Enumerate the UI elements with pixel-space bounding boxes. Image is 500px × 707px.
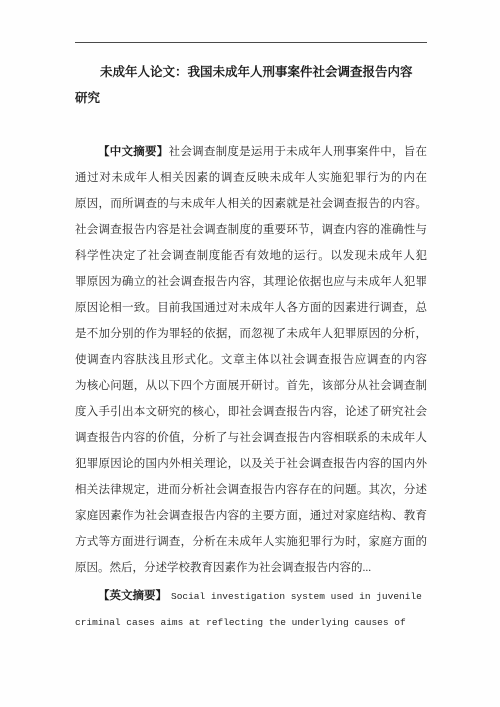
abstract-zh-line: 是不加分别的作为罪轻的依据，而忽视了未成年人犯罪原因的分析，: [75, 321, 427, 347]
abstract-zh-line: 使调查内容肤浅且形式化。文章主体以社会调查报告应调查的内容: [75, 347, 427, 373]
document-page: 未成年人论文：我国未成年人刑事案件社会调查报告内容 研究 【中文摘要】社会调查制…: [0, 0, 500, 707]
abstract-zh-line: 为核心问题，从以下四个方面展开研讨。首先，该部分从社会调查制: [75, 373, 427, 399]
abstract-zh-line: 方式等方面进行调查，分析在未成年人实施犯罪行为时，家庭方面的: [75, 529, 427, 555]
abstract-zh-line: 【中文摘要】社会调查制度是运用于未成年人刑事案件中，旨在: [75, 139, 427, 165]
abstract-zh-line: 罪原因为确立的社会调查报告内容，其理论依据也应与未成年人犯罪: [75, 269, 427, 295]
abstract-zh-line: 社会调查报告内容是社会调查制度的重要环节，调查内容的准确性与: [75, 217, 427, 243]
paper-title-line-2: 研究: [75, 85, 427, 111]
abstract-zh-line: 原因。然后，分述学校教育因素作为社会调查报告内容的...: [75, 555, 427, 581]
top-divider: [75, 42, 427, 43]
abstract-en-text: Social investigation system used in juve…: [171, 591, 422, 602]
abstract-zh-line: 通过对未成年人相关因素的调查反映未成年人实施犯罪行为的内在: [75, 165, 427, 191]
paper-title-line-1: 未成年人论文：我国未成年人刑事案件社会调查报告内容: [75, 59, 427, 85]
abstract-zh-line: 原因，而所调查的与未成年人相关的因素就是社会调查报告的内容。: [75, 191, 427, 217]
abstract-zh-line: 相关法律规定，进而分析社会调查报告内容存在的问题。其次，分述: [75, 477, 427, 503]
abstract-zh-label: 【中文摘要】: [98, 146, 169, 158]
abstract-zh-line: 科学性决定了社会调查制度能否有效地的运行。以发现未成年人犯: [75, 243, 427, 269]
abstract-zh-line: 原因论相一致。目前我国通过对未成年人各方面的因素进行调查，总: [75, 295, 427, 321]
abstract-zh-line: 度入手引出本文研究的核心，即社会调查报告内容，论述了研究社会: [75, 399, 427, 425]
abstract-en-label: 【英文摘要】: [98, 590, 167, 602]
abstract-english: 【英文摘要】Social investigation system used i…: [75, 583, 427, 636]
abstract-chinese: 【中文摘要】社会调查制度是运用于未成年人刑事案件中，旨在 通过对未成年人相关因素…: [75, 139, 427, 581]
abstract-en-line: 【英文摘要】Social investigation system used i…: [75, 583, 427, 610]
abstract-zh-line: 犯罪原因论的国内外相关理论，以及关于社会调查报告内容的国内外: [75, 451, 427, 477]
paper-title: 未成年人论文：我国未成年人刑事案件社会调查报告内容 研究: [75, 59, 427, 111]
abstract-zh-line: 家庭因素作为社会调查报告内容的主要方面，通过对家庭结构、教育: [75, 503, 427, 529]
abstract-en-line: criminal cases aims at reflecting the un…: [75, 610, 427, 636]
abstract-zh-line: 调查报告内容的价值，分析了与社会调查报告内容相联系的未成年人: [75, 425, 427, 451]
abstract-zh-text: 社会调查制度是运用于未成年人刑事案件中，旨在: [169, 146, 427, 158]
